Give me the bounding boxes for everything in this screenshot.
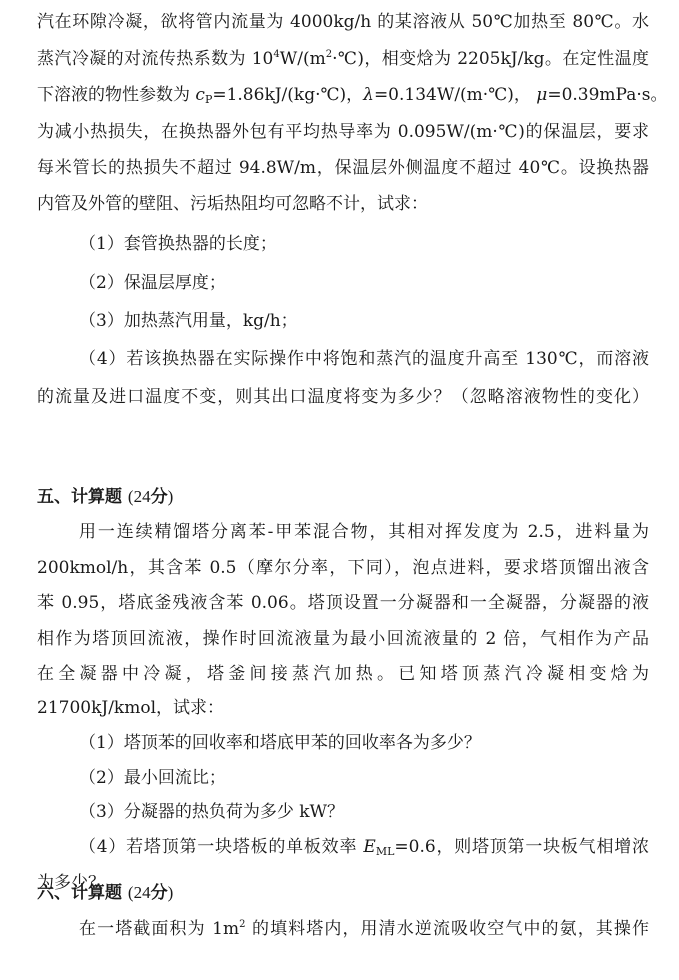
section5-body-1: 用一连续精馏塔分离苯-甲苯混合物，其相对挥发度为 2.5，进料量为 xyxy=(79,521,649,543)
section-title: 五、计算题 xyxy=(37,487,122,507)
section5-question-4: （4）若塔顶第一块塔板的单板效率 EML=0.6，则塔顶第一块板气相增浓 xyxy=(79,836,649,858)
problem4-question-3: （3）加热蒸汽用量，kg/h； xyxy=(79,310,679,332)
section-title: 六、计算题 xyxy=(37,883,122,903)
text-segment: ·℃)，相变焓为 2205kJ/kg。在定性温度 xyxy=(332,49,649,69)
text-segment: （4）若塔顶第一块塔板的单板效率 xyxy=(79,837,363,857)
text-segment: W/(m xyxy=(280,49,326,69)
section-points: (24 xyxy=(128,883,151,902)
section5-body-5: 在全凝器中冷凝，塔釜间接蒸汽加热。已知塔顶蒸汽冷凝相变焓为 xyxy=(37,663,649,685)
problem4-line-1: 汽在环隙冷凝，欲将管内流量为 4000kg/h 的某溶液从 50℃加热至 80℃… xyxy=(37,11,649,33)
subscript: ML xyxy=(376,845,395,858)
symbol-lambda: λ xyxy=(363,85,374,105)
text-segment: 的填料塔内，用清水逆流吸收空气中的氨，其操作 xyxy=(245,919,649,939)
problem4-question-1: （1）套管换热器的长度； xyxy=(79,233,679,255)
problem4-line-3: 下溶液的物性参数为 cP=1.86kJ/(kg·℃)，λ=0.134W/(m·℃… xyxy=(37,84,649,106)
text-segment: =0.39mPa·s。 xyxy=(547,85,667,105)
section5-body-4: 相作为塔顶回流液，操作时回流液量为最小回流液量的 2 倍，气相作为产品 xyxy=(37,628,649,650)
section-points-close: ) xyxy=(168,487,174,506)
section5-body-3: 苯 0.95，塔底釜残液含苯 0.06。塔顶设置一分凝器和一全凝器，分凝器的液 xyxy=(37,592,649,614)
section5-question-3: （3）分凝器的热负荷为多少 kW？ xyxy=(79,801,679,823)
section5-body-6: 21700kJ/kmol，试求： xyxy=(37,697,649,719)
section6-heading: 六、计算题 (24分) xyxy=(37,882,649,904)
symbol-cp: c xyxy=(195,85,205,105)
text-segment: 蒸汽冷凝的对流传热系数为 10 xyxy=(37,49,273,69)
text-segment: =1.86kJ/(kg·℃)， xyxy=(212,85,363,105)
text-segment: =0.6，则塔顶第一块板气相增浓 xyxy=(394,837,649,857)
problem4-line-4: 为减小热损失，在换热器外包有平均热导率为 0.095W/(m·℃)的保温层，要求 xyxy=(37,121,649,143)
problem4-question-4-cont: 的流量及进口温度不变，则其出口温度将变为多少？（忽略溶液物性的变化） xyxy=(37,386,649,408)
section6-body-1: 在一塔截面积为 1m2 的填料塔内，用清水逆流吸收空气中的氨，其操作 xyxy=(79,918,649,940)
problem4-line-6: 内管及外管的壁阻、污垢热阻均可忽略不计，试求： xyxy=(37,193,649,215)
problem4-line-2: 蒸汽冷凝的对流传热系数为 104W/(m2·℃)，相变焓为 2205kJ/kg。… xyxy=(37,48,649,70)
section-points: (24 xyxy=(128,487,151,506)
section-points-unit: 分 xyxy=(151,487,168,507)
section-points-unit: 分 xyxy=(151,883,168,903)
text-segment: 下溶液的物性参数为 xyxy=(37,85,195,105)
section5-heading: 五、计算题 (24分) xyxy=(37,486,649,508)
section5-question-1: （1）塔顶苯的回收率和塔底甲苯的回收率各为多少？ xyxy=(79,732,679,754)
text-segment: 在一塔截面积为 1m xyxy=(79,919,239,939)
section5-question-2: （2）最小回流比； xyxy=(79,767,679,789)
problem4-question-4: （4）若该换热器在实际操作中将饱和蒸汽的温度升高至 130℃，而溶液 xyxy=(79,348,649,370)
text-segment: =0.134W/(m·℃)， xyxy=(374,85,536,105)
section-points-close: ) xyxy=(168,883,174,902)
symbol-mu: μ xyxy=(536,85,547,105)
symbol-E: E xyxy=(363,837,375,857)
problem4-question-2: （2）保温层厚度； xyxy=(79,272,679,294)
problem4-line-5: 每米管长的热损失不超过 94.8W/m，保温层外侧温度不超过 40℃。设换热器 xyxy=(37,157,649,179)
section5-body-2: 200kmol/h，其含苯 0.5（摩尔分率，下同），泡点进料，要求塔顶馏出液含 xyxy=(37,557,649,579)
